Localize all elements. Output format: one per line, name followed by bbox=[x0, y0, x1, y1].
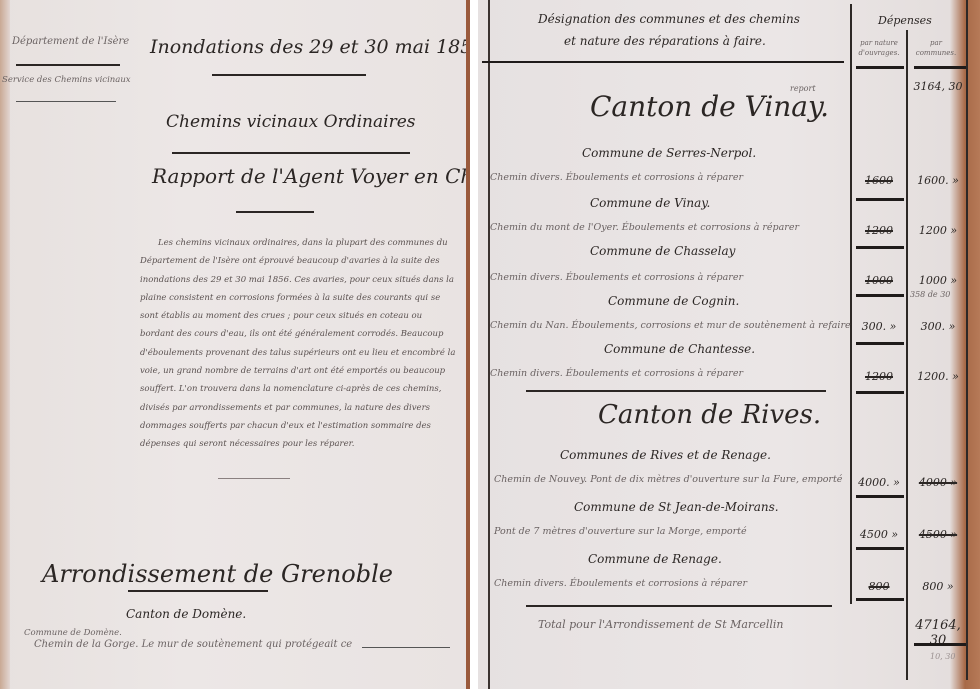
subtotal-rule bbox=[856, 598, 904, 601]
header-rule-col2 bbox=[914, 66, 966, 69]
column-divider-1 bbox=[850, 4, 852, 604]
commune-heading: Communes de Rives et de Renage. bbox=[560, 448, 771, 462]
entry-text: Chemin divers. Éboulements et corrosions… bbox=[490, 172, 743, 183]
page-binding-edge bbox=[0, 0, 10, 689]
subtotal-rule bbox=[856, 294, 904, 297]
left-manuscript-page: Département de l'Isère Service des Chemi… bbox=[0, 0, 470, 689]
left-border-line bbox=[488, 0, 490, 689]
report-amount: 3164, 30 bbox=[910, 80, 966, 93]
entry-text: Chemin de Nouvey. Pont de dix mètres d'o… bbox=[494, 474, 842, 485]
amount-ouvrages: 4500 » bbox=[854, 528, 904, 541]
entry-text: Chemin du mont de l'Oyer. Éboulements et… bbox=[490, 222, 799, 233]
subtotal-rule bbox=[856, 495, 904, 498]
commune-heading: Commune de Chasselay bbox=[590, 244, 735, 258]
canton-heading: Canton de Domène. bbox=[126, 607, 246, 621]
entry-text: Chemin du Nan. Éboulements, corrosions e… bbox=[490, 320, 851, 331]
report-title-underline bbox=[236, 211, 314, 213]
amount-ouvrages: 1600 bbox=[854, 174, 904, 187]
header-col-ouvrages: par nature d'ouvrages. bbox=[854, 38, 904, 58]
document-subtitle: Chemins vicinaux Ordinaires bbox=[166, 112, 416, 132]
subtotal-rule bbox=[856, 342, 904, 345]
header-designation-line2: et nature des réparations à faire. bbox=[564, 34, 766, 48]
header-col-communes: par communes. bbox=[910, 38, 962, 58]
margin-note: 358 de 30 bbox=[910, 290, 950, 299]
amount-communes: 800 » bbox=[910, 580, 966, 593]
commune-heading: Commune de Vinay. bbox=[590, 196, 710, 210]
canton-heading-vinay: Canton de Vinay. bbox=[590, 90, 829, 123]
margin-flourish bbox=[16, 101, 116, 102]
total-label: Total pour l'Arrondissement de St Marcel… bbox=[538, 618, 784, 631]
amount-ouvrages: 1000 bbox=[854, 274, 904, 287]
title-underline bbox=[212, 74, 366, 76]
bottom-note: 10, 30 bbox=[930, 652, 955, 661]
amount-ouvrages: 1200 bbox=[854, 370, 904, 383]
amount-communes: 300. » bbox=[910, 320, 966, 333]
entry-leader-line bbox=[362, 647, 450, 648]
entry-text: Pont de 7 mètres d'ouverture sur la Morg… bbox=[494, 526, 747, 537]
total-rule bbox=[526, 605, 832, 607]
amount-ouvrages: 1200 bbox=[854, 224, 904, 237]
canton-heading-rives: Canton de Rives. bbox=[598, 400, 821, 430]
margin-department: Département de l'Isère bbox=[12, 36, 129, 47]
paragraph-end-rule bbox=[218, 478, 290, 479]
report-title: Rapport de l'Agent Voyer en Chef. bbox=[152, 164, 470, 188]
entry-text: Chemin divers. Éboulements et corrosions… bbox=[494, 578, 747, 589]
margin-divider bbox=[16, 64, 120, 66]
commune-label: Commune de Domène. bbox=[24, 628, 122, 638]
column-divider-2 bbox=[906, 30, 908, 680]
amount-ouvrages: 300. » bbox=[854, 320, 904, 333]
subtotal-rule bbox=[856, 547, 904, 550]
amount-communes: 1600. » bbox=[910, 174, 966, 187]
canton-end-rule bbox=[526, 390, 826, 392]
amount-communes: 1200. » bbox=[910, 370, 966, 383]
header-designation-line1: Désignation des communes et des chemins bbox=[538, 12, 800, 26]
document-title: Inondations des 29 et 30 mai 1856 bbox=[150, 36, 470, 58]
body-paragraph: Les chemins vicinaux ordinaires, dans la… bbox=[140, 234, 458, 454]
margin-service: Service des Chemins vicinaux bbox=[2, 75, 131, 85]
first-entry: Chemin de la Gorge. Le mur de soutènemen… bbox=[34, 639, 352, 650]
right-manuscript-page: Désignation des communes et des chemins … bbox=[478, 0, 980, 689]
header-rule bbox=[482, 61, 844, 63]
amount-communes: 1000 » bbox=[910, 274, 966, 287]
commune-heading: Commune de Serres-Nerpol. bbox=[582, 146, 756, 160]
subtotal-rule bbox=[856, 391, 904, 394]
arrondissement-underline bbox=[128, 590, 268, 592]
entry-text: Chemin divers. Éboulements et corrosions… bbox=[490, 272, 743, 283]
amount-ouvrages: 4000. » bbox=[854, 476, 904, 489]
commune-heading: Commune de Chantesse. bbox=[604, 342, 755, 356]
header-depenses: Dépenses bbox=[878, 14, 932, 27]
commune-heading: Commune de Renage. bbox=[588, 552, 722, 566]
amount-ouvrages: 800 bbox=[854, 580, 904, 593]
amount-communes: 4500 » bbox=[910, 528, 966, 541]
commune-heading: Commune de Cognin. bbox=[608, 294, 739, 308]
subtitle-underline bbox=[172, 152, 410, 154]
amount-communes: 1200 » bbox=[910, 224, 966, 237]
total-underline bbox=[914, 643, 966, 646]
entry-text: Chemin divers. Éboulements et corrosions… bbox=[490, 368, 743, 379]
header-rule-col1 bbox=[856, 66, 904, 69]
subtotal-rule bbox=[856, 246, 904, 249]
arrondissement-heading: Arrondissement de Grenoble bbox=[42, 560, 393, 588]
commune-heading: Commune de St Jean-de-Moirans. bbox=[574, 500, 779, 514]
subtotal-rule bbox=[856, 198, 904, 201]
amount-communes: 4000 » bbox=[910, 476, 966, 489]
right-border-line bbox=[966, 0, 968, 680]
